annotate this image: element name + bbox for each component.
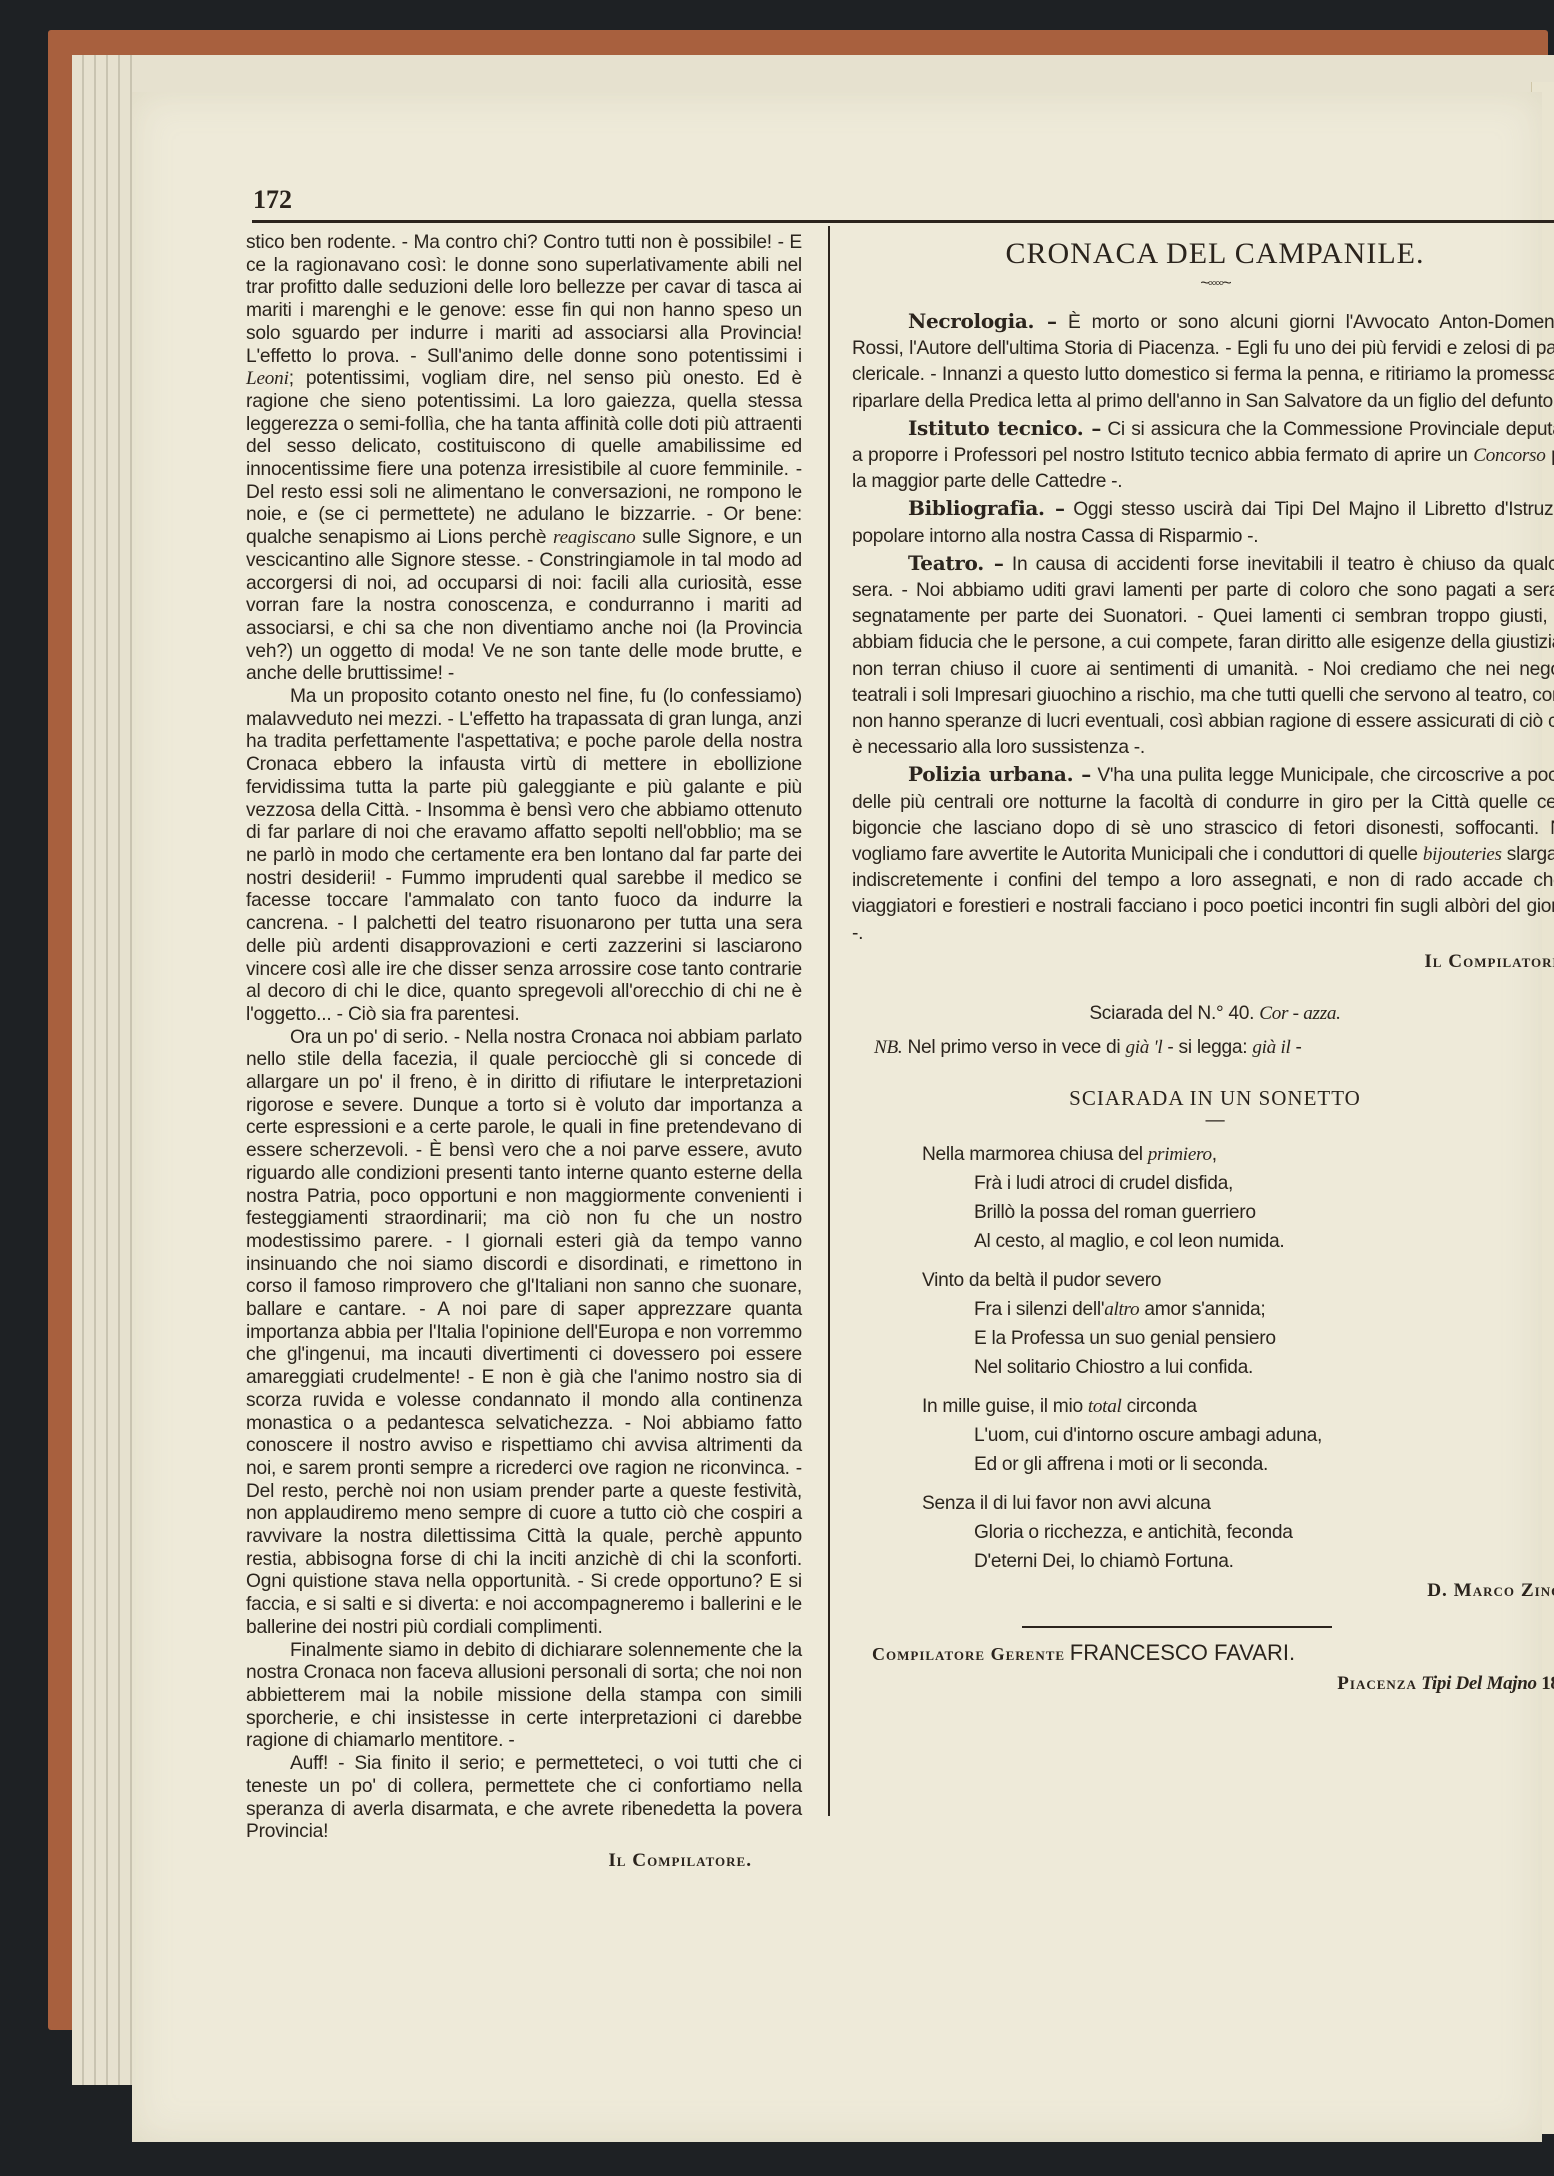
verse-line: Nella marmorea chiusa del primiero,	[922, 1140, 1554, 1169]
verse-line: Al cesto, al maglio, e col leon numida.	[922, 1227, 1554, 1256]
paragraph-1: stico ben rodente. - Ma contro chi? Cont…	[246, 232, 802, 686]
verse-line: L'uom, cui d'intorno oscure ambagi aduna…	[922, 1421, 1554, 1450]
news-item-teatro: Teatro. – In causa di accidenti forse in…	[852, 550, 1554, 762]
sciarada-answer: Sciarada del N.° 40. Cor - azza.	[852, 1001, 1554, 1027]
verse-line: Brillò la possa del roman guerriero	[922, 1198, 1554, 1227]
verse-line: E la Professa un suo genial pensiero	[922, 1324, 1554, 1353]
paragraph-2: Ma un proposito cotanto onesto nel fine,…	[246, 686, 802, 1027]
header-rule	[252, 220, 1554, 223]
newspaper-page: 172 stico ben rodente. - Ma contro chi? …	[132, 92, 1542, 2142]
sonnet-stanza: In mille guise, il mio total circondaL'u…	[852, 1392, 1554, 1479]
verse-line: Ed or gli affrena i moti or li seconda.	[922, 1450, 1554, 1479]
sonnet-stanza: Nella marmorea chiusa del primiero,Frà i…	[852, 1140, 1554, 1256]
paragraph-3: Ora un po' di serio. - Nella nostra Cron…	[246, 1027, 802, 1640]
verse-line: Fra i silenzi dell'altro amor s'annida;	[922, 1295, 1554, 1324]
news-item-bibliografia: Bibliografia. – Oggi stesso uscirà dai T…	[852, 495, 1554, 549]
verse-line: In mille guise, il mio total circonda	[922, 1392, 1554, 1421]
section-title: CRONACA DEL CAMPANILE.	[852, 236, 1554, 272]
sonnet-author: D. Marco Zino.	[852, 1578, 1554, 1604]
verse-line: Nel solitario Chiostro a lui confida.	[922, 1353, 1554, 1382]
sonnet: Nella marmorea chiusa del primiero,Frà i…	[852, 1140, 1554, 1576]
news-item-necrologia: Necrologia. – È morto or sono alcuni gio…	[852, 308, 1554, 415]
right-column-cronaca: CRONACA DEL CAMPANILE. ~◦◦◦◦~ Necrologia…	[852, 232, 1554, 1697]
news-item-istituto: Istituto tecnico. – Ci si assicura che l…	[852, 415, 1554, 496]
verse-line: Vinto da beltà il pudor severo	[922, 1266, 1554, 1295]
left-signature: Il Compilatore.	[246, 1850, 802, 1873]
nb-note: NB. Nel primo verso in vece di già 'l - …	[852, 1035, 1554, 1061]
verse-line: D'eterni Dei, lo chiamò Fortuna.	[922, 1547, 1554, 1576]
ornament-divider-icon: ~◦◦◦◦~	[852, 274, 1554, 294]
verse-line: Senza il di lui favor non avvi alcuna	[922, 1489, 1554, 1518]
page-number: 172	[253, 185, 292, 215]
sonnet-title: SCIARADA IN UN SONETTO	[852, 1085, 1554, 1111]
sonnet-separator: —	[852, 1112, 1554, 1130]
paragraph-4: Finalmente siamo in debito di dichiarare…	[246, 1640, 802, 1754]
paragraph-5: Auff! - Sia finito il serio; e permettet…	[246, 1753, 802, 1844]
column-divider	[828, 226, 830, 1816]
news-item-polizia: Polizia urbana. – V'ha una pulita legge …	[852, 761, 1554, 946]
footer-rule	[1022, 1626, 1332, 1628]
printer-credit: Piacenza Tipi Del Majno 1861	[852, 1671, 1554, 1697]
left-column-article: stico ben rodente. - Ma contro chi? Cont…	[246, 232, 802, 1873]
sonnet-stanza: Senza il di lui favor non avvi alcunaGlo…	[852, 1489, 1554, 1576]
editor-credit: Compilatore Gerente FRANCESCO FAVARI.	[852, 1640, 1554, 1667]
sonnet-stanza: Vinto da beltà il pudor severoFra i sile…	[852, 1266, 1554, 1382]
verse-line: Gloria o ricchezza, e antichità, feconda	[922, 1518, 1554, 1547]
verse-line: Frà i ludi atroci di crudel disfida,	[922, 1169, 1554, 1198]
right-signature: Il Compilatore.	[852, 949, 1554, 975]
